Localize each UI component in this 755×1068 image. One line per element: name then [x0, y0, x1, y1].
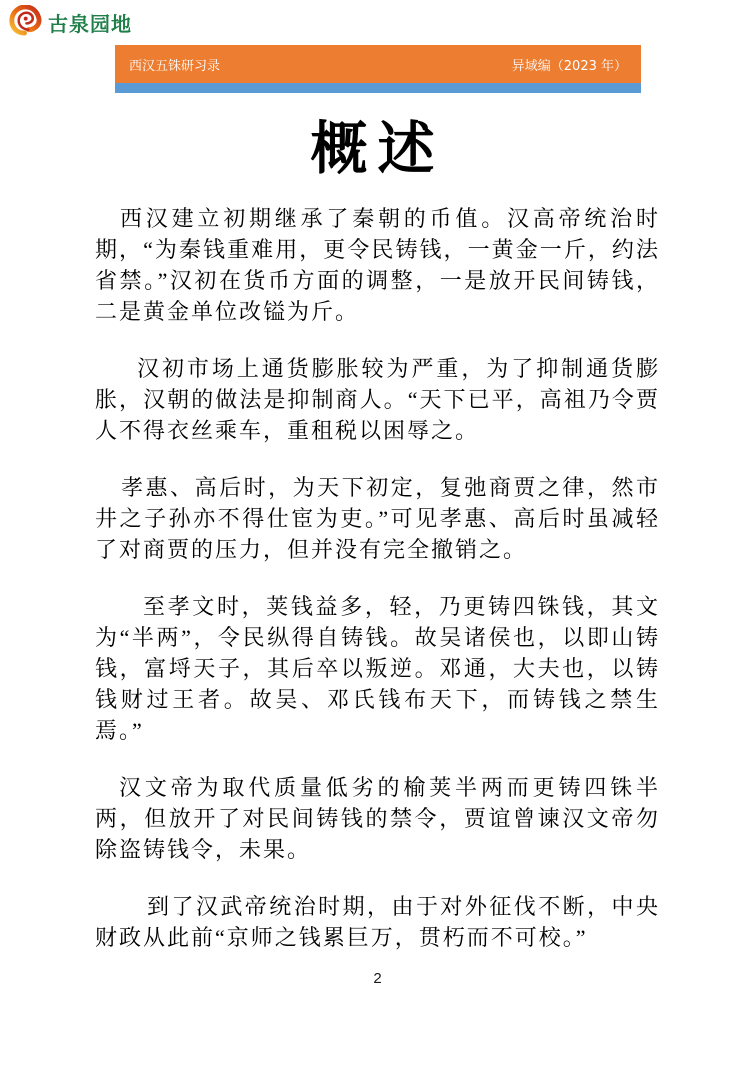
body-paragraph: 孝惠、高后时，为天下初定，复弛商贾之律，然市井之子孙亦不得仕宦为吏。”可见孝惠、…	[95, 472, 660, 565]
site-logo: 古泉园地	[9, 5, 132, 36]
body-paragraph: 汉文帝为取代质量低劣的榆荚半两而更铸四铢半两，但放开了对民间铸钱的禁令，贾谊曾谏…	[95, 772, 660, 865]
banner-right-title: 异域编（2023 年）	[512, 55, 627, 74]
body-paragraph: 汉初市场上通货膨胀较为严重，为了抑制通货膨胀，汉朝的做法是抑制商人。“天下已平，…	[95, 353, 660, 446]
page-number: 2	[0, 970, 755, 987]
banner-left-title: 西汉五铢研习录	[129, 55, 220, 74]
body-paragraph: 至孝文时，荚钱益多，轻，乃更铸四铢钱，其文为“半两”，令民纵得自铸钱。故吴诸侯也…	[95, 591, 660, 746]
site-logo-text: 古泉园地	[48, 8, 132, 34]
coin-swirl-icon	[9, 5, 42, 36]
body-paragraph: 西汉建立初期继承了秦朝的币值。汉高帝统治时期，“为秦钱重难用，更令民铸钱，一黄金…	[95, 203, 660, 327]
banner-strip	[115, 83, 641, 93]
body-paragraph: 到了汉武帝统治时期，由于对外征伐不断，中央财政从此前“京师之钱累巨万，贯朽而不可…	[95, 891, 660, 953]
page-title: 概述	[95, 115, 660, 183]
document-body: 概述 西汉建立初期继承了秦朝的币值。汉高帝统治时期，“为秦钱重难用，更令民铸钱，…	[95, 93, 660, 979]
banner: 西汉五铢研习录 异域编（2023 年）	[115, 45, 641, 83]
